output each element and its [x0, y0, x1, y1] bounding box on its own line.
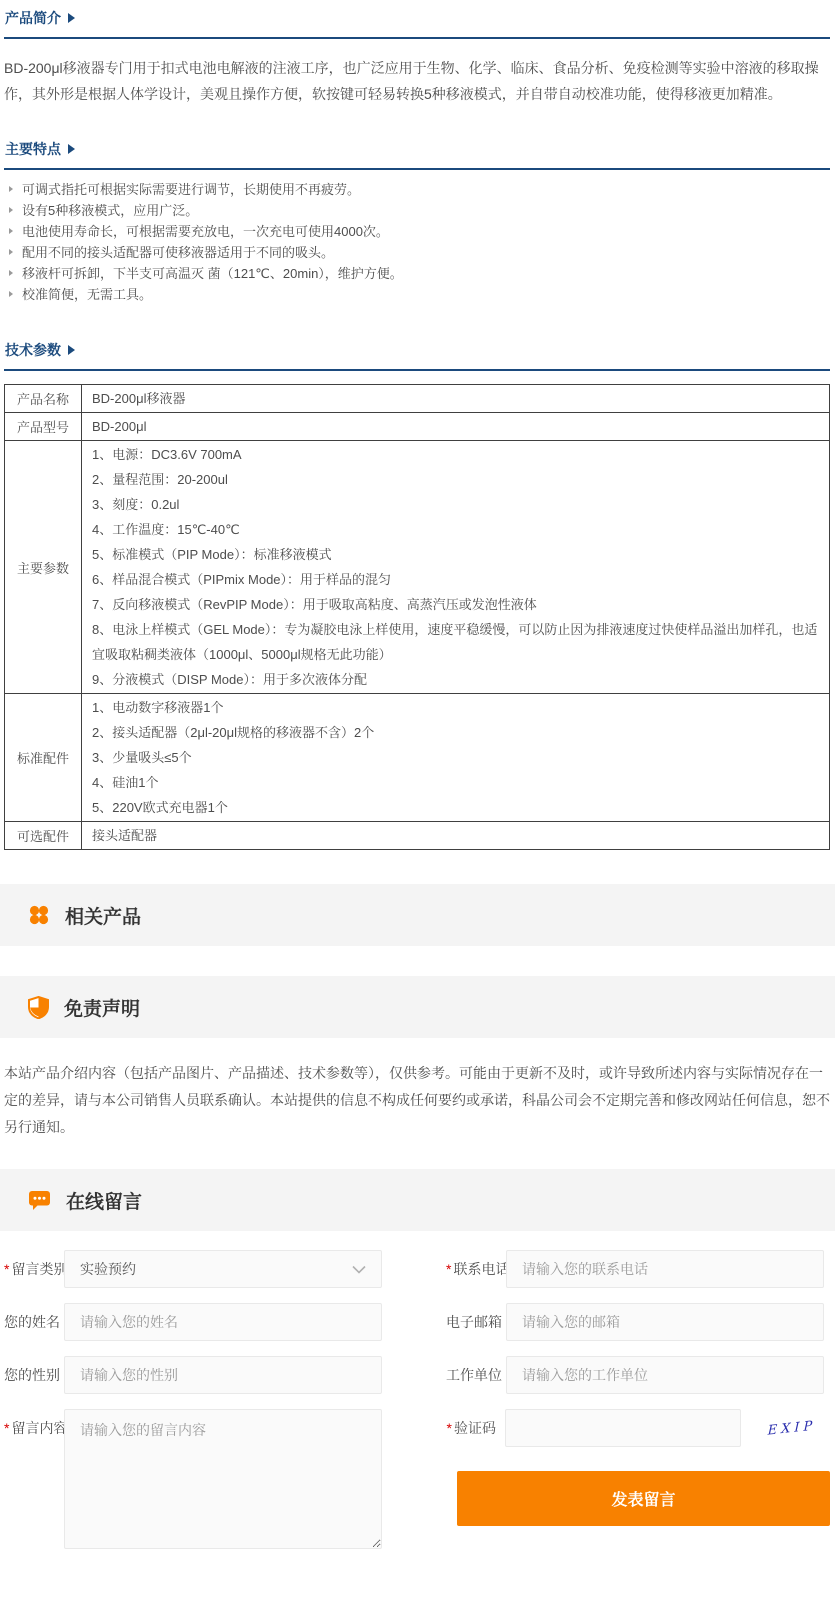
email-label: 电子邮箱 [446, 1303, 506, 1341]
form-row: *留言内容 *验证码 EXIP 发表留言 [4, 1409, 830, 1549]
disclaimer-bar: 免责声明 [0, 976, 835, 1038]
bullet-icon [9, 291, 13, 297]
feature-item: 校准简便，无需工具。 [4, 284, 830, 305]
phone-input[interactable] [506, 1250, 824, 1288]
bullet-icon [9, 207, 13, 213]
category-select[interactable]: 实验预约 [64, 1250, 382, 1288]
name-input[interactable] [64, 1303, 382, 1341]
captcha-image[interactable]: EXIP [759, 1411, 826, 1444]
content-label: *留言内容 [4, 1409, 64, 1447]
section-heading-features: 主要特点 [4, 137, 830, 170]
spec-value: 4、工作温度：15℃-40℃ [92, 517, 819, 542]
chevron-down-icon [352, 1265, 366, 1274]
company-label: 工作单位 [446, 1356, 506, 1394]
feature-item: 可调式指托可根据实际需要进行调节，长期使用不再疲劳。 [4, 179, 830, 200]
online-message-bar: 在线留言 [0, 1169, 835, 1231]
row-label: 可选配件 [5, 822, 82, 850]
feature-item: 设有5种移液模式，应用广泛。 [4, 200, 830, 221]
arrow-right-icon [68, 345, 75, 355]
section-heading-specs: 技术参数 [4, 338, 830, 371]
required-mark: * [447, 1420, 452, 1436]
table-row: 标准配件 1、电动数字移液器1个 2、接头适配器（2μl-20μl规格的移液器不… [5, 694, 830, 822]
spec-value: 1、电动数字移液器1个 [92, 695, 819, 720]
feature-item: 配用不同的接头适配器可使移液器适用于不同的吸头。 [4, 242, 830, 263]
spec-value: 3、刻度：0.2ul [92, 492, 819, 517]
form-row: 您的姓名 电子邮箱 [4, 1303, 830, 1341]
spec-value: 8、电泳上样模式（GEL Mode）：专为凝胶电泳上样使用，速度平稳缓慢，可以防… [92, 617, 819, 667]
spec-value: 5、220V欧式充电器1个 [92, 795, 819, 820]
category-selected-value: 实验预约 [80, 1259, 136, 1279]
spec-value: 9、分液模式（DISP Mode）：用于多次液体分配 [92, 667, 819, 692]
captcha-label: *验证码 [445, 1409, 505, 1447]
related-products-bar: 相关产品 [0, 884, 835, 946]
row-label: 产品名称 [5, 385, 82, 413]
disclaimer-title: 免责声明 [64, 994, 140, 1021]
spec-value: 接头适配器 [92, 823, 819, 848]
arrow-right-icon [68, 13, 75, 23]
required-mark: * [4, 1261, 9, 1277]
table-row: 可选配件 接头适配器 [5, 822, 830, 850]
bullet-icon [9, 228, 13, 234]
category-label: *留言类别 [4, 1250, 64, 1288]
disclaimer-paragraph: 本站产品介绍内容（包括产品图片、产品描述、技术参数等），仅供参考。可能由于更新不… [4, 1060, 830, 1141]
table-row: 主要参数 1、电源：DC3.6V 700mA 2、量程范围：20-200ul 3… [5, 441, 830, 694]
form-row: 您的性别 工作单位 [4, 1356, 830, 1394]
spec-value: 2、接头适配器（2μl-20μl规格的移液器不含）2个 [92, 720, 819, 745]
spec-value: 6、样品混合模式（PIPmix Mode）：用于样品的混匀 [92, 567, 819, 592]
spec-value: BD-200μl [92, 414, 819, 439]
section-heading-intro: 产品简介 [4, 6, 830, 39]
spec-value: 3、少量吸头≤5个 [92, 745, 819, 770]
required-mark: * [446, 1261, 451, 1277]
bullet-icon [9, 186, 13, 192]
specs-table: 产品名称 BD-200μl移液器 产品型号 BD-200μl 主要参数 1、电源… [4, 384, 830, 850]
bullet-icon [9, 270, 13, 276]
online-message-title: 在线留言 [66, 1187, 142, 1214]
captcha-input[interactable] [505, 1409, 741, 1447]
features-title: 主要特点 [5, 139, 61, 159]
submit-message-button[interactable]: 发表留言 [457, 1471, 830, 1526]
spec-value: 7、反向移液模式（RevPIP Mode）：用于吸取高粘度、高蒸汽压或发泡性液体 [92, 592, 819, 617]
row-label: 标准配件 [5, 694, 82, 822]
spec-value: 4、硅油1个 [92, 770, 819, 795]
row-label: 主要参数 [5, 441, 82, 694]
spec-value: 2、量程范围：20-200ul [92, 467, 819, 492]
message-form: *留言类别 实验预约 *联系电话 您的姓名 电子邮箱 [4, 1250, 830, 1549]
intro-paragraph: BD-200μl移液器专门用于扣式电池电解液的注液工序，也广泛应用于生物、化学、… [4, 55, 830, 107]
bullet-icon [9, 249, 13, 255]
table-row: 产品名称 BD-200μl移液器 [5, 385, 830, 413]
table-row: 产品型号 BD-200μl [5, 413, 830, 441]
related-products-title: 相关产品 [65, 902, 141, 929]
gender-input[interactable] [64, 1356, 382, 1394]
shield-icon [28, 996, 49, 1019]
gender-label: 您的性别 [4, 1356, 64, 1394]
phone-label: *联系电话 [446, 1250, 506, 1288]
content-textarea[interactable] [64, 1409, 382, 1549]
form-row: *留言类别 实验预约 *联系电话 [4, 1250, 830, 1288]
company-input[interactable] [506, 1356, 824, 1394]
intro-title: 产品简介 [5, 8, 61, 28]
name-label: 您的姓名 [4, 1303, 64, 1341]
feature-item: 移液杆可拆卸，下半支可高温灭 菌（121℃、20min），维护方便。 [4, 263, 830, 284]
email-input[interactable] [506, 1303, 824, 1341]
feature-list: 可调式指托可根据实际需要进行调节，长期使用不再疲劳。 设有5种移液模式，应用广泛… [4, 179, 830, 305]
feature-item: 电池使用寿命长，可根据需要充放电，一次充电可使用4000次。 [4, 221, 830, 242]
spec-value: BD-200μl移液器 [92, 386, 819, 411]
required-mark: * [4, 1420, 9, 1436]
specs-title: 技术参数 [5, 340, 61, 360]
spec-value: 1、电源：DC3.6V 700mA [92, 442, 819, 467]
spec-value: 5、标准模式（PIP Mode）：标准移液模式 [92, 542, 819, 567]
product-detail-page: 产品简介 BD-200μl移液器专门用于扣式电池电解液的注液工序，也广泛应用于生… [0, 0, 835, 1604]
chat-bubble-icon [28, 1189, 51, 1211]
arrow-right-icon [68, 144, 75, 154]
row-label: 产品型号 [5, 413, 82, 441]
clover-icon [28, 904, 50, 926]
